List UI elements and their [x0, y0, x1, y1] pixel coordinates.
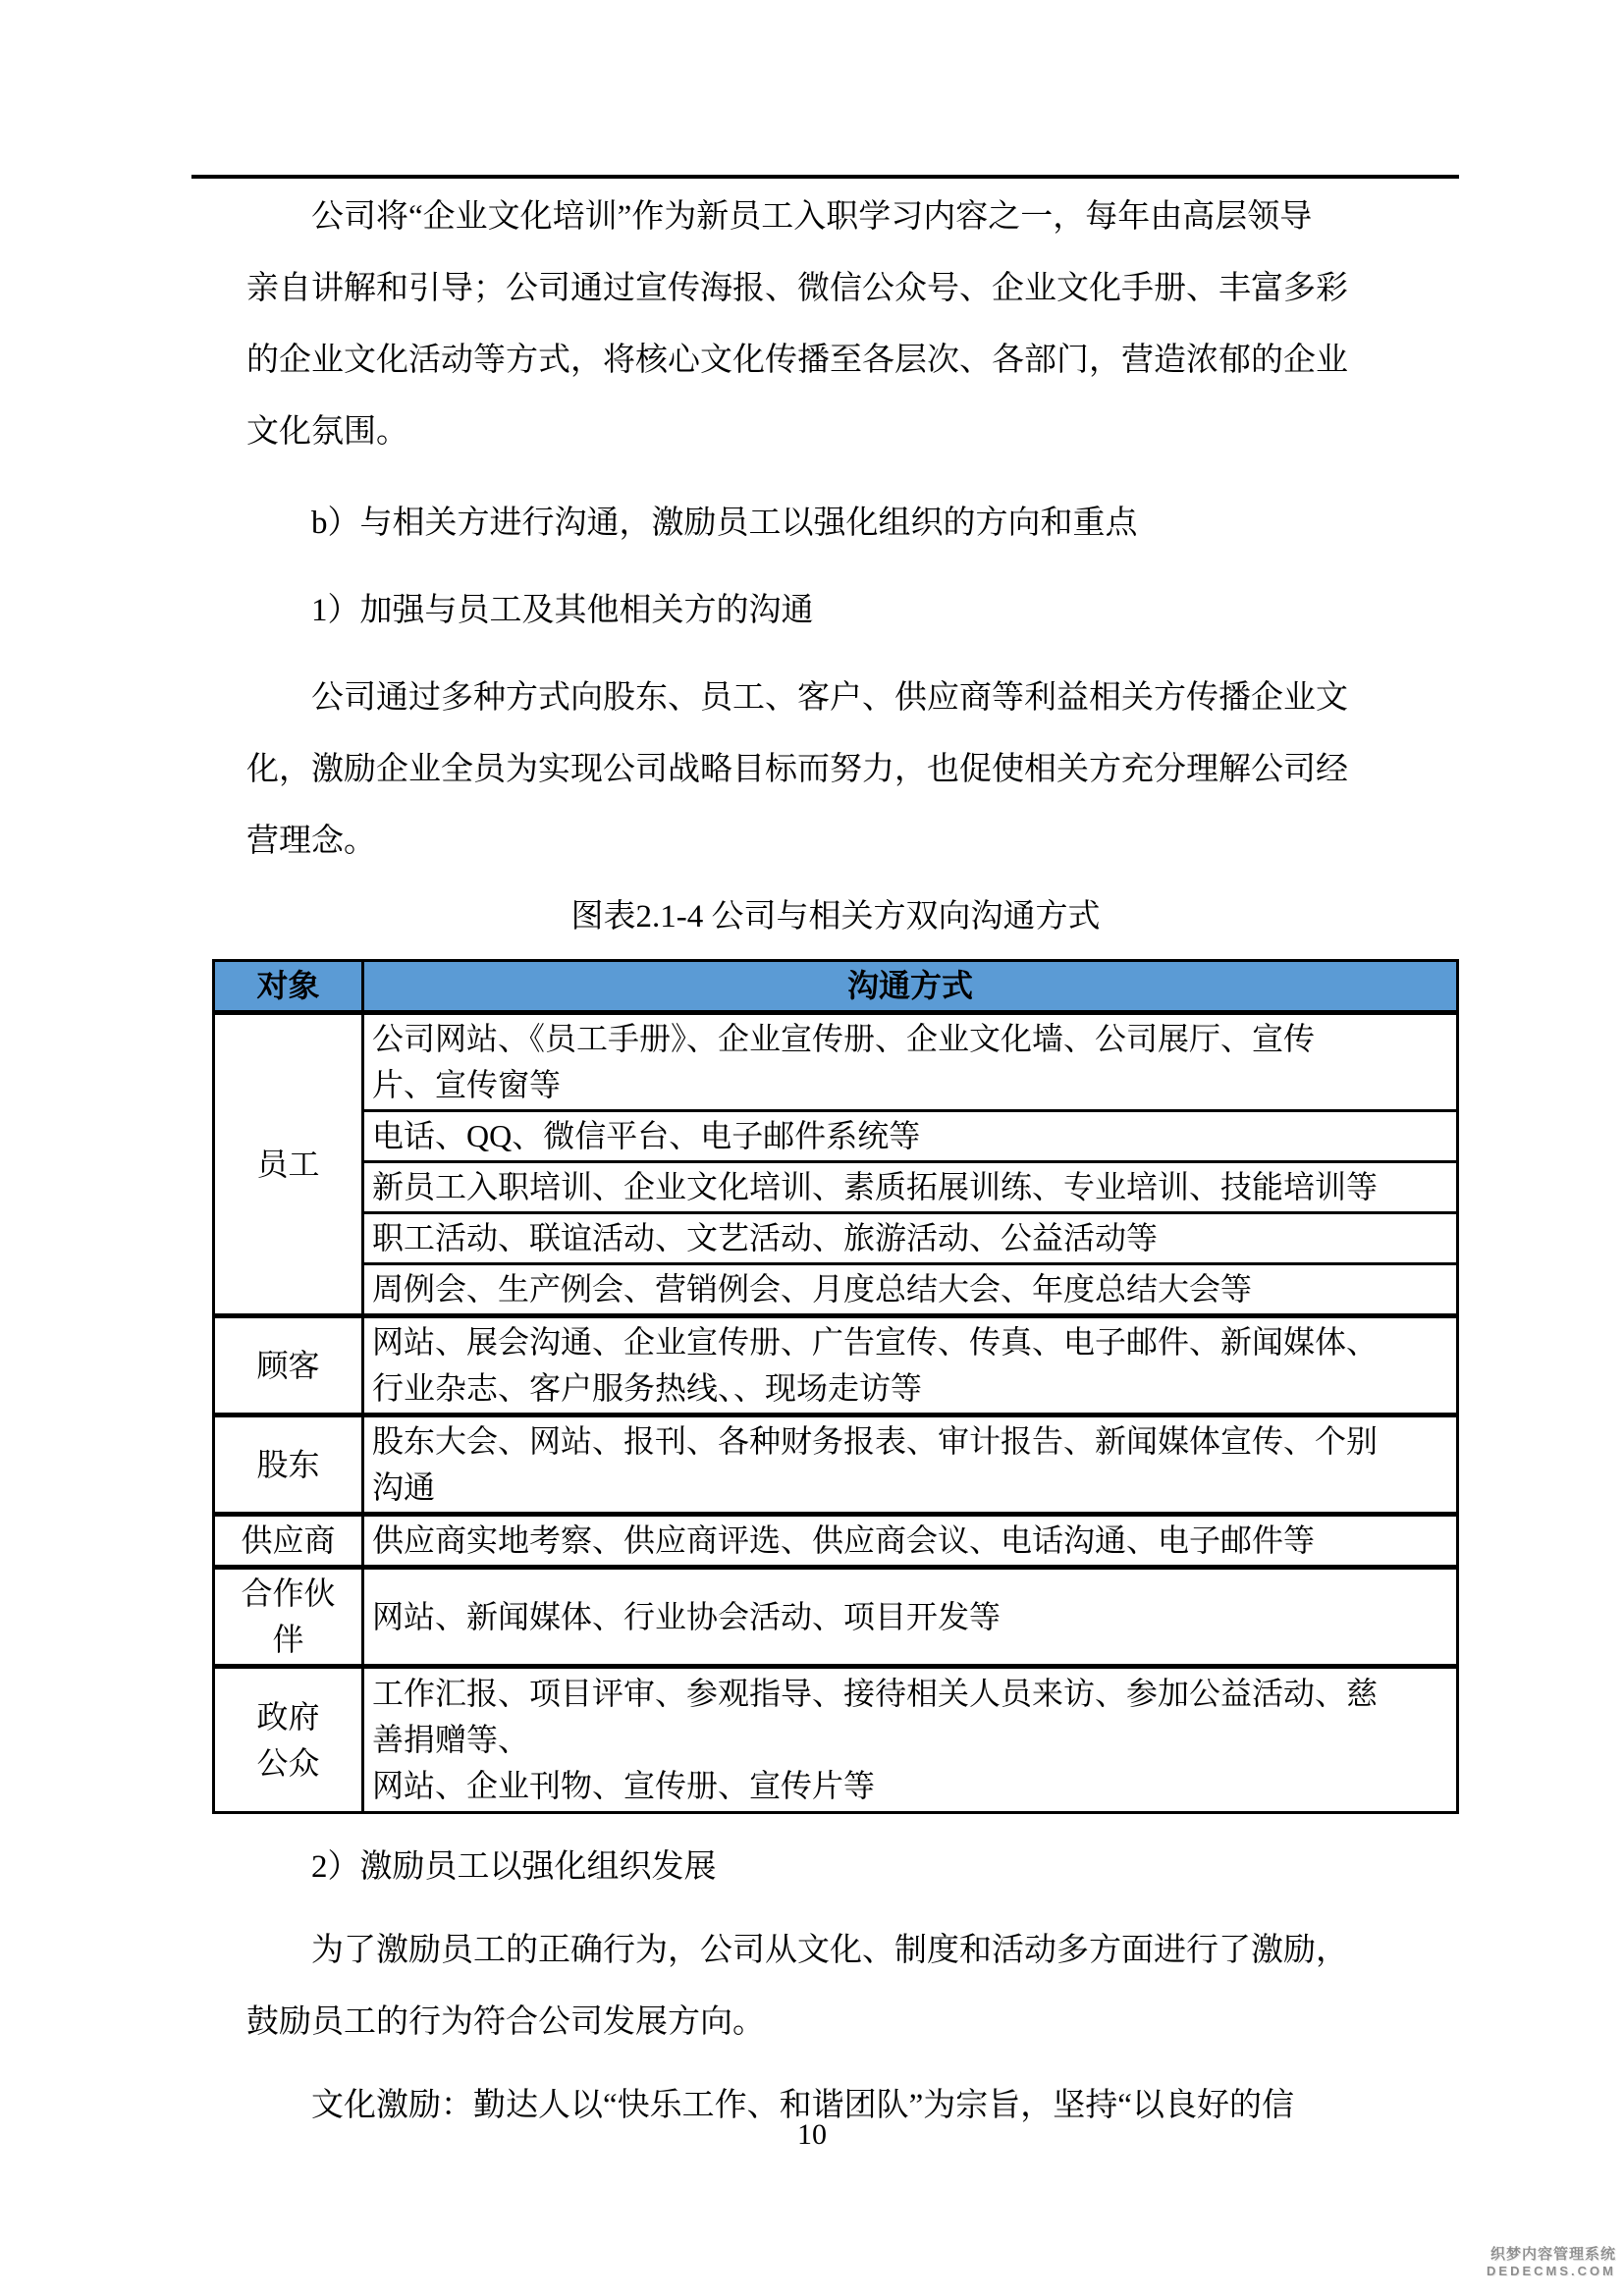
table-row: 供应商 供应商实地考察、供应商评选、供应商会议、电话沟通、电子邮件等 [214, 1515, 1458, 1568]
row-label-partner: 合作伙 伴 [214, 1568, 363, 1667]
watermark: 织梦内容管理系统 DEDECMS.COM [1487, 2246, 1616, 2279]
row-label-supplier: 供应商 [214, 1515, 363, 1568]
header-rule-divider [191, 175, 1459, 179]
cell-employee-4: 职工活动、联谊活动、文艺活动、旅游活动、公益活动等 [363, 1213, 1458, 1264]
cell-employee-5: 周例会、生产例会、营销例会、月度总结大会、年度总结大会等 [363, 1264, 1458, 1316]
table-row: 周例会、生产例会、营销例会、月度总结大会、年度总结大会等 [214, 1264, 1458, 1316]
header-cell-method: 沟通方式 [363, 961, 1458, 1013]
table-row: 新员工入职培训、企业文化培训、素质拓展训练、专业培训、技能培训等 [214, 1162, 1458, 1213]
cell-customer: 网站、展会沟通、企业宣传册、广告宣传、传真、电子邮件、新闻媒体、 行业杂志、客户… [363, 1316, 1458, 1415]
cell-government-public: 工作汇报、项目评审、参观指导、接待相关人员来访、参加公益活动、慈 善捐赠等、 网… [363, 1667, 1458, 1813]
row-label-government-public: 政府 公众 [214, 1667, 363, 1813]
cell-employee-1: 公司网站、《员工手册》、企业宣传册、企业文化墙、公司展厅、宣传 片、宣传窗等 [363, 1013, 1458, 1111]
document-page: 公司将“企业文化培训”作为新员工入职学习内容之一，每年由高层领导 亲自讲解和引导… [0, 0, 1624, 2296]
cell-supplier: 供应商实地考察、供应商评选、供应商会议、电话沟通、电子邮件等 [363, 1515, 1458, 1568]
cell-shareholder: 股东大会、网站、报刊、各种财务报表、审计报告、新闻媒体宣传、个别 沟通 [363, 1415, 1458, 1515]
cell-employee-3: 新员工入职培训、企业文化培训、素质拓展训练、专业培训、技能培训等 [363, 1162, 1458, 1213]
row-label-customer: 顾客 [214, 1316, 363, 1415]
table-row: 股东 股东大会、网站、报刊、各种财务报表、审计报告、新闻媒体宣传、个别 沟通 [214, 1415, 1458, 1515]
table-caption: 图表2.1-4 公司与相关方双向沟通方式 [212, 885, 1459, 949]
list-item-2: 2）激励员工以强化组织发展 [246, 1832, 1426, 1903]
watermark-domain-text: DEDECMS.COM [1487, 2263, 1616, 2279]
paragraph-communication: 公司通过多种方式向股东、员工、客户、供应商等利益相关方传播企业文 化，激励企业全… [246, 663, 1426, 878]
header-cell-object: 对象 [214, 961, 363, 1013]
paragraph-incentive: 为了激励员工的正确行为，公司从文化、制度和活动多方面进行了激励， 鼓励员工的行为… [246, 1915, 1426, 2058]
row-label-employee: 员工 [214, 1013, 363, 1316]
table-row: 电话、QQ、微信平台、电子邮件系统等 [214, 1111, 1458, 1162]
cell-partner: 网站、新闻媒体、行业协会活动、项目开发等 [363, 1568, 1458, 1667]
list-item-1: 1）加强与员工及其他相关方的沟通 [246, 575, 1426, 647]
table-row: 合作伙 伴 网站、新闻媒体、行业协会活动、项目开发等 [214, 1568, 1458, 1667]
watermark-cn-text: 织梦内容管理系统 [1487, 2246, 1616, 2263]
paragraph-culture-training: 公司将“企业文化培训”作为新员工入职学习内容之一，每年由高层领导 亲自讲解和引导… [246, 182, 1426, 468]
table-row: 顾客 网站、展会沟通、企业宣传册、广告宣传、传真、电子邮件、新闻媒体、 行业杂志… [214, 1316, 1458, 1415]
document-body: 公司将“企业文化培训”作为新员工入职学习内容之一，每年由高层领导 亲自讲解和引导… [246, 182, 1426, 2142]
page-number: 10 [0, 2118, 1624, 2152]
table-row: 职工活动、联谊活动、文艺活动、旅游活动、公益活动等 [214, 1213, 1458, 1264]
row-label-shareholder: 股东 [214, 1415, 363, 1515]
list-item-b: b）与相关方进行沟通，激励员工以强化组织的方向和重点 [246, 488, 1426, 560]
communication-table: 对象 沟通方式 员工 公司网站、《员工手册》、企业宣传册、企业文化墙、公司展厅、… [212, 959, 1459, 1814]
table-row: 政府 公众 工作汇报、项目评审、参观指导、接待相关人员来访、参加公益活动、慈 善… [214, 1667, 1458, 1813]
cell-employee-2: 电话、QQ、微信平台、电子邮件系统等 [363, 1111, 1458, 1162]
table-header-row: 对象 沟通方式 [214, 961, 1458, 1013]
table-row: 员工 公司网站、《员工手册》、企业宣传册、企业文化墙、公司展厅、宣传 片、宣传窗… [214, 1013, 1458, 1111]
